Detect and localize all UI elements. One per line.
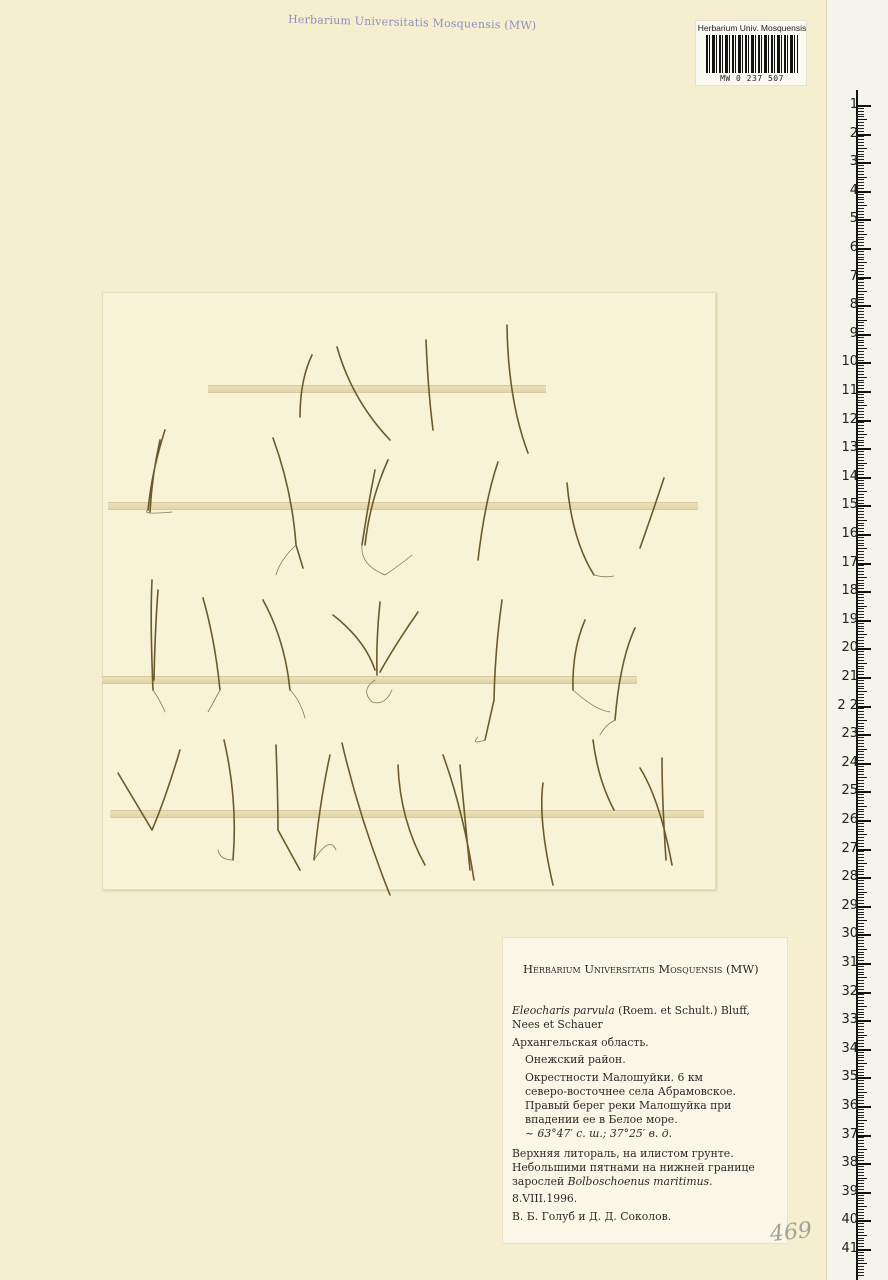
ruler-minor-tick bbox=[857, 560, 864, 561]
ruler-minor-tick bbox=[857, 1066, 864, 1067]
ruler-minor-tick bbox=[857, 528, 864, 529]
taxon-name: Eleocharis parvula (Roem. et Schult.) Bl… bbox=[512, 1004, 750, 1017]
ruler-minor-tick bbox=[857, 259, 864, 260]
ruler-major-tick bbox=[857, 362, 871, 364]
locality-line: Правый берег реки Малошуйка при bbox=[525, 1099, 731, 1112]
collection-date: 8.VIII.1996. bbox=[512, 1192, 577, 1205]
ruler-minor-tick bbox=[857, 914, 864, 915]
ruler-minor-tick bbox=[857, 603, 864, 604]
ruler-minor-tick bbox=[857, 946, 864, 947]
ruler-label: 35 bbox=[841, 1069, 858, 1084]
ruler-label: 33 bbox=[841, 1012, 858, 1027]
ruler-minor-tick bbox=[857, 1240, 864, 1241]
mounting-tape-strip bbox=[108, 502, 698, 510]
ruler-major-tick bbox=[857, 477, 871, 479]
ruler-minor-tick bbox=[857, 794, 864, 795]
ruler-minor-tick bbox=[857, 686, 864, 687]
ruler-minor-tick bbox=[857, 786, 864, 787]
ruler-label: 40 bbox=[841, 1212, 858, 1227]
ruler-minor-tick bbox=[857, 282, 864, 283]
ruler-minor-tick bbox=[857, 457, 864, 458]
district: Онежский район. bbox=[525, 1053, 626, 1066]
ruler-minor-tick bbox=[857, 340, 864, 341]
ruler-minor-tick bbox=[857, 580, 864, 581]
scale-ruler: 1234567891011121314151617181920212 22324… bbox=[826, 0, 888, 1280]
ruler-major-tick bbox=[857, 534, 871, 536]
ruler-minor-tick bbox=[857, 1126, 864, 1127]
ruler-major-tick bbox=[857, 820, 871, 822]
ruler-minor-tick bbox=[857, 382, 864, 383]
ruler-minor-tick bbox=[857, 488, 864, 489]
ruler-minor-tick bbox=[857, 780, 864, 781]
ruler-minor-tick bbox=[857, 571, 864, 572]
ruler-minor-tick bbox=[857, 1155, 864, 1156]
ruler-minor-tick bbox=[857, 611, 864, 612]
ruler-minor-tick bbox=[857, 511, 864, 512]
ruler-minor-tick bbox=[857, 1152, 864, 1153]
ruler-minor-tick bbox=[857, 503, 864, 504]
ruler-minor-tick bbox=[857, 145, 864, 146]
ruler-label: 14 bbox=[841, 469, 858, 484]
ruler-minor-tick bbox=[857, 1266, 864, 1267]
ruler-minor-tick bbox=[857, 826, 864, 827]
ruler-major-tick bbox=[857, 1192, 871, 1194]
ruler-major-tick bbox=[857, 448, 871, 450]
ruler-minor-tick bbox=[857, 937, 864, 938]
ruler-minor-tick bbox=[857, 154, 864, 155]
ruler-major-tick bbox=[857, 648, 871, 650]
ruler-minor-tick bbox=[857, 257, 864, 258]
ruler-minor-tick bbox=[857, 1046, 864, 1047]
ruler-minor-tick bbox=[857, 474, 864, 475]
ruler-minor-tick bbox=[857, 1032, 864, 1033]
ruler-minor-tick bbox=[857, 597, 864, 598]
ruler-minor-tick bbox=[857, 994, 864, 995]
barcode-label: Herbarium Univ. Mosquensis MW 0 237 507 bbox=[695, 20, 807, 86]
ruler-minor-tick bbox=[857, 697, 864, 698]
ruler-minor-tick bbox=[857, 657, 864, 658]
ruler-minor-tick bbox=[857, 520, 867, 521]
ruler-minor-tick bbox=[857, 980, 864, 981]
ruler-label: 41 bbox=[841, 1241, 858, 1256]
ruler-minor-tick bbox=[857, 1189, 864, 1190]
ruler-minor-tick bbox=[857, 205, 867, 206]
ruler-minor-tick bbox=[857, 1052, 864, 1053]
ruler-minor-tick bbox=[857, 537, 864, 538]
ruler-label: 25 bbox=[841, 783, 858, 798]
ruler-major-tick bbox=[857, 1135, 871, 1137]
ruler-minor-tick bbox=[857, 1115, 864, 1116]
ruler-minor-tick bbox=[857, 494, 864, 495]
ruler-minor-tick bbox=[857, 1232, 864, 1233]
ruler-minor-tick bbox=[857, 814, 864, 815]
ruler-minor-tick bbox=[857, 554, 864, 555]
ruler-minor-tick bbox=[857, 394, 864, 395]
ruler-label: 11 bbox=[841, 383, 858, 398]
ruler-minor-tick bbox=[857, 1023, 864, 1024]
ruler-minor-tick bbox=[857, 1243, 864, 1244]
ruler-minor-tick bbox=[857, 417, 864, 418]
ruler-minor-tick bbox=[857, 139, 864, 140]
ruler-minor-tick bbox=[857, 371, 864, 372]
ruler-minor-tick bbox=[857, 846, 864, 847]
ruler-minor-tick bbox=[857, 1209, 864, 1210]
ruler-label: 15 bbox=[841, 497, 858, 512]
ruler-minor-tick bbox=[857, 774, 864, 775]
ruler-minor-tick bbox=[857, 1129, 864, 1130]
habitat-line: зарослей Bolboschoenus maritimus. bbox=[512, 1175, 713, 1188]
ruler-minor-tick bbox=[857, 197, 864, 198]
ruler-minor-tick bbox=[857, 803, 864, 804]
specimen-label: Herbarium Universitatis Mosquensis (MW) … bbox=[502, 937, 788, 1244]
ruler-minor-tick bbox=[857, 199, 864, 200]
ruler-minor-tick bbox=[857, 431, 864, 432]
ruler-label: 34 bbox=[841, 1041, 858, 1056]
ruler-minor-tick bbox=[857, 577, 867, 578]
ruler-minor-tick bbox=[857, 1086, 864, 1087]
ruler-minor-tick bbox=[857, 1043, 864, 1044]
ruler-minor-tick bbox=[857, 1143, 864, 1144]
ruler-minor-tick bbox=[857, 285, 864, 286]
ruler-minor-tick bbox=[857, 694, 864, 695]
ruler-minor-tick bbox=[857, 746, 864, 747]
ruler-minor-tick bbox=[857, 388, 864, 389]
ruler-minor-tick bbox=[857, 623, 864, 624]
habitat-line: Небольшими пятнами на нижней границе bbox=[512, 1161, 755, 1174]
ruler-minor-tick bbox=[857, 242, 864, 243]
ruler-minor-tick bbox=[857, 1226, 864, 1227]
ruler-minor-tick bbox=[857, 1149, 867, 1150]
ruler-minor-tick bbox=[857, 114, 864, 115]
taxon-authority: (Roem. et Schult.) Bluff, bbox=[618, 1004, 750, 1017]
ruler-minor-tick bbox=[857, 954, 864, 955]
ruler-minor-tick bbox=[857, 231, 864, 232]
ruler-minor-tick bbox=[857, 440, 864, 441]
ruler-minor-tick bbox=[857, 543, 864, 544]
ruler-minor-tick bbox=[857, 883, 864, 884]
ruler-minor-tick bbox=[857, 1269, 864, 1270]
ruler-minor-tick bbox=[857, 923, 864, 924]
ruler-minor-tick bbox=[857, 1137, 864, 1138]
ruler-minor-tick bbox=[857, 122, 864, 123]
ruler-minor-tick bbox=[857, 583, 864, 584]
ruler-major-tick bbox=[857, 877, 871, 879]
ruler-minor-tick bbox=[857, 728, 864, 729]
ruler-minor-tick bbox=[857, 614, 864, 615]
ruler-minor-tick bbox=[857, 1198, 864, 1199]
ruler-minor-tick bbox=[857, 880, 864, 881]
taxon-authority-line2: Nees et Schauer bbox=[512, 1018, 603, 1031]
ruler-minor-tick bbox=[857, 320, 867, 321]
ruler-minor-tick bbox=[857, 1035, 867, 1036]
ruler-label: 2 2 bbox=[837, 698, 858, 713]
ruler-minor-tick bbox=[857, 1180, 864, 1181]
ruler-minor-tick bbox=[857, 174, 864, 175]
ruler-minor-tick bbox=[857, 402, 864, 403]
ruler-minor-tick bbox=[857, 769, 864, 770]
ruler-minor-tick bbox=[857, 688, 864, 689]
ruler-major-tick bbox=[857, 734, 871, 736]
ruler-minor-tick bbox=[857, 159, 864, 160]
ruler-minor-tick bbox=[857, 1203, 864, 1204]
ruler-minor-tick bbox=[857, 663, 867, 664]
ruler-minor-tick bbox=[857, 1258, 864, 1259]
ruler-minor-tick bbox=[857, 1060, 864, 1061]
ruler-minor-tick bbox=[857, 568, 864, 569]
ruler-minor-tick bbox=[857, 720, 867, 721]
ruler-minor-tick bbox=[857, 125, 864, 126]
ruler-minor-tick bbox=[857, 411, 864, 412]
ruler-label: 13 bbox=[841, 440, 858, 455]
ruler-minor-tick bbox=[857, 740, 864, 741]
ruler-minor-tick bbox=[857, 517, 864, 518]
ruler-minor-tick bbox=[857, 972, 864, 973]
ruler-minor-tick bbox=[857, 783, 864, 784]
ruler-minor-tick bbox=[857, 952, 864, 953]
ruler-minor-tick bbox=[857, 932, 864, 933]
ruler-minor-tick bbox=[857, 594, 864, 595]
ruler-minor-tick bbox=[857, 837, 864, 838]
ruler-minor-tick bbox=[857, 228, 864, 229]
ruler-minor-tick bbox=[857, 291, 867, 292]
ruler-minor-tick bbox=[857, 760, 864, 761]
ruler-label: 18 bbox=[841, 583, 858, 598]
ruler-minor-tick bbox=[857, 894, 864, 895]
ruler-minor-tick bbox=[857, 302, 864, 303]
ruler-minor-tick bbox=[857, 425, 864, 426]
ruler-minor-tick bbox=[857, 1200, 864, 1201]
ruler-minor-tick bbox=[857, 408, 864, 409]
ruler-minor-tick bbox=[857, 1275, 864, 1276]
ruler-minor-tick bbox=[857, 328, 864, 329]
ruler-minor-tick bbox=[857, 1100, 864, 1101]
ruler-major-tick bbox=[857, 505, 871, 507]
ruler-minor-tick bbox=[857, 1172, 864, 1173]
ruler-minor-tick bbox=[857, 900, 864, 901]
ruler-label: 39 bbox=[841, 1184, 858, 1199]
ruler-minor-tick bbox=[857, 1083, 864, 1084]
ruler-minor-tick bbox=[857, 585, 864, 586]
ruler-minor-tick bbox=[857, 297, 864, 298]
ruler-minor-tick bbox=[857, 789, 864, 790]
ruler-major-tick bbox=[857, 963, 871, 965]
ruler-minor-tick bbox=[857, 188, 864, 189]
ruler-minor-tick bbox=[857, 892, 867, 893]
ruler-label: 24 bbox=[841, 755, 858, 770]
ruler-minor-tick bbox=[857, 245, 864, 246]
ruler-minor-tick bbox=[857, 588, 864, 589]
ruler-minor-tick bbox=[857, 986, 864, 987]
ruler-label: 37 bbox=[841, 1127, 858, 1142]
ruler-minor-tick bbox=[857, 211, 864, 212]
ruler-minor-tick bbox=[857, 1140, 864, 1141]
ruler-minor-tick bbox=[857, 600, 864, 601]
ruler-minor-tick bbox=[857, 1075, 864, 1076]
ruler-minor-tick bbox=[857, 202, 864, 203]
ruler-label: 16 bbox=[841, 526, 858, 541]
ruler-minor-tick bbox=[857, 1186, 864, 1187]
ruler-minor-tick bbox=[857, 148, 867, 149]
mounting-tape-strip bbox=[208, 385, 546, 393]
ruler-minor-tick bbox=[857, 551, 864, 552]
habitat-prefix: зарослей bbox=[512, 1175, 568, 1188]
ruler-minor-tick bbox=[857, 1120, 867, 1121]
ruler-minor-tick bbox=[857, 869, 864, 870]
ruler-minor-tick bbox=[857, 445, 864, 446]
ruler-minor-tick bbox=[857, 485, 864, 486]
ruler-minor-tick bbox=[857, 1003, 864, 1004]
associated-taxon: Bolboschoenus maritimus. bbox=[568, 1175, 713, 1188]
ruler-major-tick bbox=[857, 277, 871, 279]
ruler-minor-tick bbox=[857, 354, 864, 355]
ruler-minor-tick bbox=[857, 565, 864, 566]
ruler-minor-tick bbox=[857, 222, 864, 223]
ruler-minor-tick bbox=[857, 634, 867, 635]
ruler-minor-tick bbox=[857, 637, 864, 638]
ruler-minor-tick bbox=[857, 179, 864, 180]
ruler-minor-tick bbox=[857, 234, 867, 235]
ruler-minor-tick bbox=[857, 714, 864, 715]
label-header: Herbarium Universitatis Mosquensis (MW) bbox=[523, 962, 759, 976]
ruler-major-tick bbox=[857, 134, 871, 136]
ruler-minor-tick bbox=[857, 548, 867, 549]
ruler-minor-tick bbox=[857, 1092, 867, 1093]
ruler-minor-tick bbox=[857, 294, 864, 295]
ruler-minor-tick bbox=[857, 617, 864, 618]
locality-line: впадении ее в Белое море. bbox=[525, 1113, 678, 1126]
ruler-major-tick bbox=[857, 706, 871, 708]
ruler-minor-tick bbox=[857, 1057, 864, 1058]
ruler-minor-tick bbox=[857, 460, 864, 461]
ruler-minor-tick bbox=[857, 903, 864, 904]
ruler-major-tick bbox=[857, 334, 871, 336]
ruler-minor-tick bbox=[857, 1260, 864, 1261]
ruler-minor-tick bbox=[857, 920, 867, 921]
barcode-number: MW 0 237 507 bbox=[696, 74, 808, 83]
ruler-minor-tick bbox=[857, 1017, 864, 1018]
ruler-minor-tick bbox=[857, 1212, 864, 1213]
ruler-minor-tick bbox=[857, 274, 864, 275]
ruler-minor-tick bbox=[857, 909, 864, 910]
ruler-minor-tick bbox=[857, 1206, 867, 1207]
ruler-minor-tick bbox=[857, 136, 864, 137]
ruler-minor-tick bbox=[857, 840, 864, 841]
ruler-label: 27 bbox=[841, 841, 858, 856]
ruler-minor-tick bbox=[857, 680, 864, 681]
ruler-minor-tick bbox=[857, 108, 864, 109]
ruler-minor-tick bbox=[857, 646, 864, 647]
ruler-minor-tick bbox=[857, 1097, 864, 1098]
ruler-minor-tick bbox=[857, 251, 864, 252]
ruler-minor-tick bbox=[857, 268, 864, 269]
ruler-minor-tick bbox=[857, 1235, 867, 1236]
ruler-minor-tick bbox=[857, 691, 867, 692]
ruler-minor-tick bbox=[857, 400, 864, 401]
barcode-icon bbox=[706, 35, 798, 73]
ruler-minor-tick bbox=[857, 683, 864, 684]
ruler-minor-tick bbox=[857, 437, 864, 438]
ruler-minor-tick bbox=[857, 254, 864, 255]
ruler-minor-tick bbox=[857, 643, 864, 644]
ruler-minor-tick bbox=[857, 1252, 864, 1253]
ruler-minor-tick bbox=[857, 360, 864, 361]
ruler-minor-tick bbox=[857, 1109, 864, 1110]
ruler-minor-tick bbox=[857, 771, 864, 772]
ruler-minor-tick bbox=[857, 949, 867, 950]
ruler-minor-tick bbox=[857, 531, 864, 532]
ruler-major-tick bbox=[857, 1077, 871, 1079]
ruler-minor-tick bbox=[857, 766, 864, 767]
ruler-minor-tick bbox=[857, 871, 864, 872]
ruler-minor-tick bbox=[857, 514, 864, 515]
ruler-minor-tick bbox=[857, 1072, 864, 1073]
ruler-minor-tick bbox=[857, 1169, 864, 1170]
ruler-minor-tick bbox=[857, 314, 864, 315]
ruler-minor-tick bbox=[857, 151, 864, 152]
handwritten-catalog-number: 469 bbox=[769, 1218, 813, 1247]
ruler-minor-tick bbox=[857, 1055, 864, 1056]
ruler-minor-tick bbox=[857, 348, 867, 349]
ruler-minor-tick bbox=[857, 666, 864, 667]
ruler-minor-tick bbox=[857, 857, 864, 858]
ruler-label: 26 bbox=[841, 812, 858, 827]
ruler-minor-tick bbox=[857, 483, 864, 484]
ruler-minor-tick bbox=[857, 851, 864, 852]
ruler-minor-tick bbox=[857, 631, 864, 632]
ruler-label: 32 bbox=[841, 984, 858, 999]
ruler-minor-tick bbox=[857, 703, 864, 704]
ruler-minor-tick bbox=[857, 168, 864, 169]
ruler-minor-tick bbox=[857, 119, 867, 120]
ruler-minor-tick bbox=[857, 279, 864, 280]
ruler-minor-tick bbox=[857, 271, 864, 272]
ruler-major-tick bbox=[857, 763, 871, 765]
ruler-minor-tick bbox=[857, 414, 864, 415]
ruler-label: 30 bbox=[841, 926, 858, 941]
ruler-minor-tick bbox=[857, 1132, 864, 1133]
ruler-minor-tick bbox=[857, 1117, 864, 1118]
habitat-line: Верхняя литораль, на илистом грунте. bbox=[512, 1147, 734, 1160]
ruler-major-tick bbox=[857, 1020, 871, 1022]
ruler-label: 29 bbox=[841, 898, 858, 913]
ruler-major-tick bbox=[857, 248, 871, 250]
ruler-minor-tick bbox=[857, 668, 864, 669]
ruler-label: 38 bbox=[841, 1155, 858, 1170]
ruler-minor-tick bbox=[857, 708, 864, 709]
ruler-minor-tick bbox=[857, 525, 864, 526]
ruler-minor-tick bbox=[857, 817, 864, 818]
ruler-minor-tick bbox=[857, 1000, 864, 1001]
ruler-minor-tick bbox=[857, 926, 864, 927]
ruler-minor-tick bbox=[857, 700, 864, 701]
ruler-minor-tick bbox=[857, 185, 864, 186]
ruler-minor-tick bbox=[857, 640, 864, 641]
ruler-major-tick bbox=[857, 420, 871, 422]
ruler-minor-tick bbox=[857, 1166, 864, 1167]
ruler-minor-tick bbox=[857, 628, 864, 629]
ruler-minor-tick bbox=[857, 182, 864, 183]
ruler-minor-tick bbox=[857, 451, 864, 452]
ruler-minor-tick bbox=[857, 454, 864, 455]
ruler-minor-tick bbox=[857, 422, 864, 423]
ruler-minor-tick bbox=[857, 889, 864, 890]
specimen-mount-paper bbox=[102, 292, 716, 890]
ruler-minor-tick bbox=[857, 1040, 864, 1041]
ruler-minor-tick bbox=[857, 717, 864, 718]
ruler-minor-tick bbox=[857, 308, 864, 309]
ruler-label: 12 bbox=[841, 412, 858, 427]
ruler-label: 20 bbox=[841, 640, 858, 655]
